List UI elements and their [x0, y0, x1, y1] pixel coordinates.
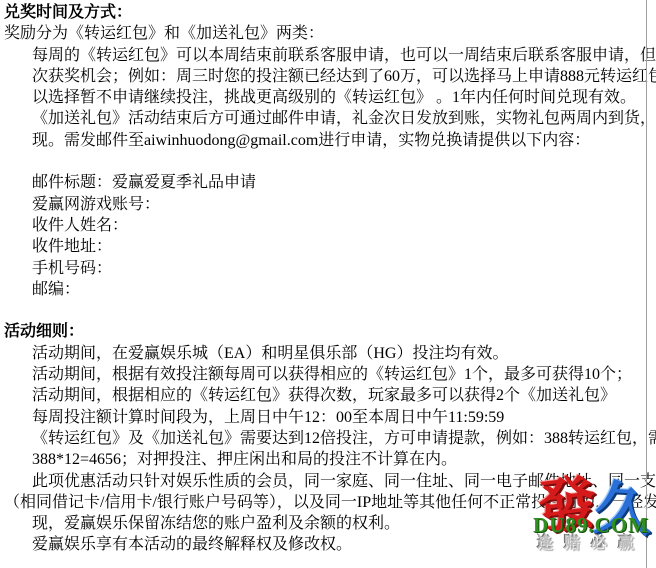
text-line: 每周的《转运红包》可以本周结束前联系客服申请，也可以一周结束后联系客服申请，但每… — [0, 45, 646, 66]
text-line — [0, 151, 646, 172]
section-heading: 活动细则： — [0, 321, 646, 342]
text-line: 《转运红包》及《加送礼包》需要达到12倍投注，方可申请提款，例如：388转运红包… — [0, 428, 646, 449]
text-line: 每周投注额计算时间段为，上周日中午12：00至本周日中午11:59:59 — [0, 407, 646, 428]
text-line: 邮编： — [0, 279, 646, 300]
text-line — [0, 300, 646, 321]
text-line: 收件地址： — [0, 236, 646, 257]
text-line: 现，爱赢娱乐保留冻结您的账户盈利及余额的权利。 — [0, 513, 646, 534]
text-line: 爱赢网游戏账号： — [0, 194, 646, 215]
text-line: 奖励分为《转运红包》和《加送礼包》两类： — [0, 23, 646, 44]
text-line: （相同借记卡/信用卡/银行账户号码等），以及同一IP地址等其他任何不正常投注行为… — [0, 492, 646, 513]
document-text-area: 兑奖时间及方式：奖励分为《转运红包》和《加送礼包》两类：每周的《转运红包》可以本… — [0, 2, 646, 556]
section-heading: 兑奖时间及方式： — [0, 2, 646, 23]
text-line: 活动期间，根据有效投注额每周可以获得相应的《转运红包》1个，最多可获得10个； — [0, 364, 646, 385]
text-line: 收件人姓名： — [0, 215, 646, 236]
text-line: 《加送礼包》活动结束后方可通过邮件申请，礼金次日发放到账，实物礼包两周内到货，不… — [0, 108, 646, 129]
right-border-line — [646, 0, 647, 568]
text-line: 现。需发邮件至aiwinhuodong@gmail.com进行申请，实物兑换请提… — [0, 130, 646, 151]
text-line: 手机号码： — [0, 258, 646, 279]
text-line: 邮件标题：爱赢爱夏季礼品申请 — [0, 172, 646, 193]
text-line: 爱赢娱乐享有本活动的最终解释权及修改权。 — [0, 534, 646, 555]
text-line: 388*12=4656；对押投注、押庄闲出和局的投注不计算在内。 — [0, 449, 646, 470]
text-line: 活动期间，在爱赢娱乐城（EA）和明星俱乐部（HG）投注均有效。 — [0, 343, 646, 364]
text-line: 次获奖机会；例如：周三时您的投注额已经达到了60万，可以选择马上申请888元转运… — [0, 66, 646, 87]
text-line: 活动期间，根据相应的《转运红包》获得次数，玩家最多可以获得2个《加送礼包》 — [0, 385, 646, 406]
text-line: 以选择暂不申请继续投注，挑战更高级别的《转运红包》 。1年内任何时间兑现有效。 — [0, 87, 646, 108]
text-line: 此项优惠活动只针对娱乐性质的会员，同一家庭、同一住址、同一电子邮件地址、同一支付… — [0, 471, 646, 492]
